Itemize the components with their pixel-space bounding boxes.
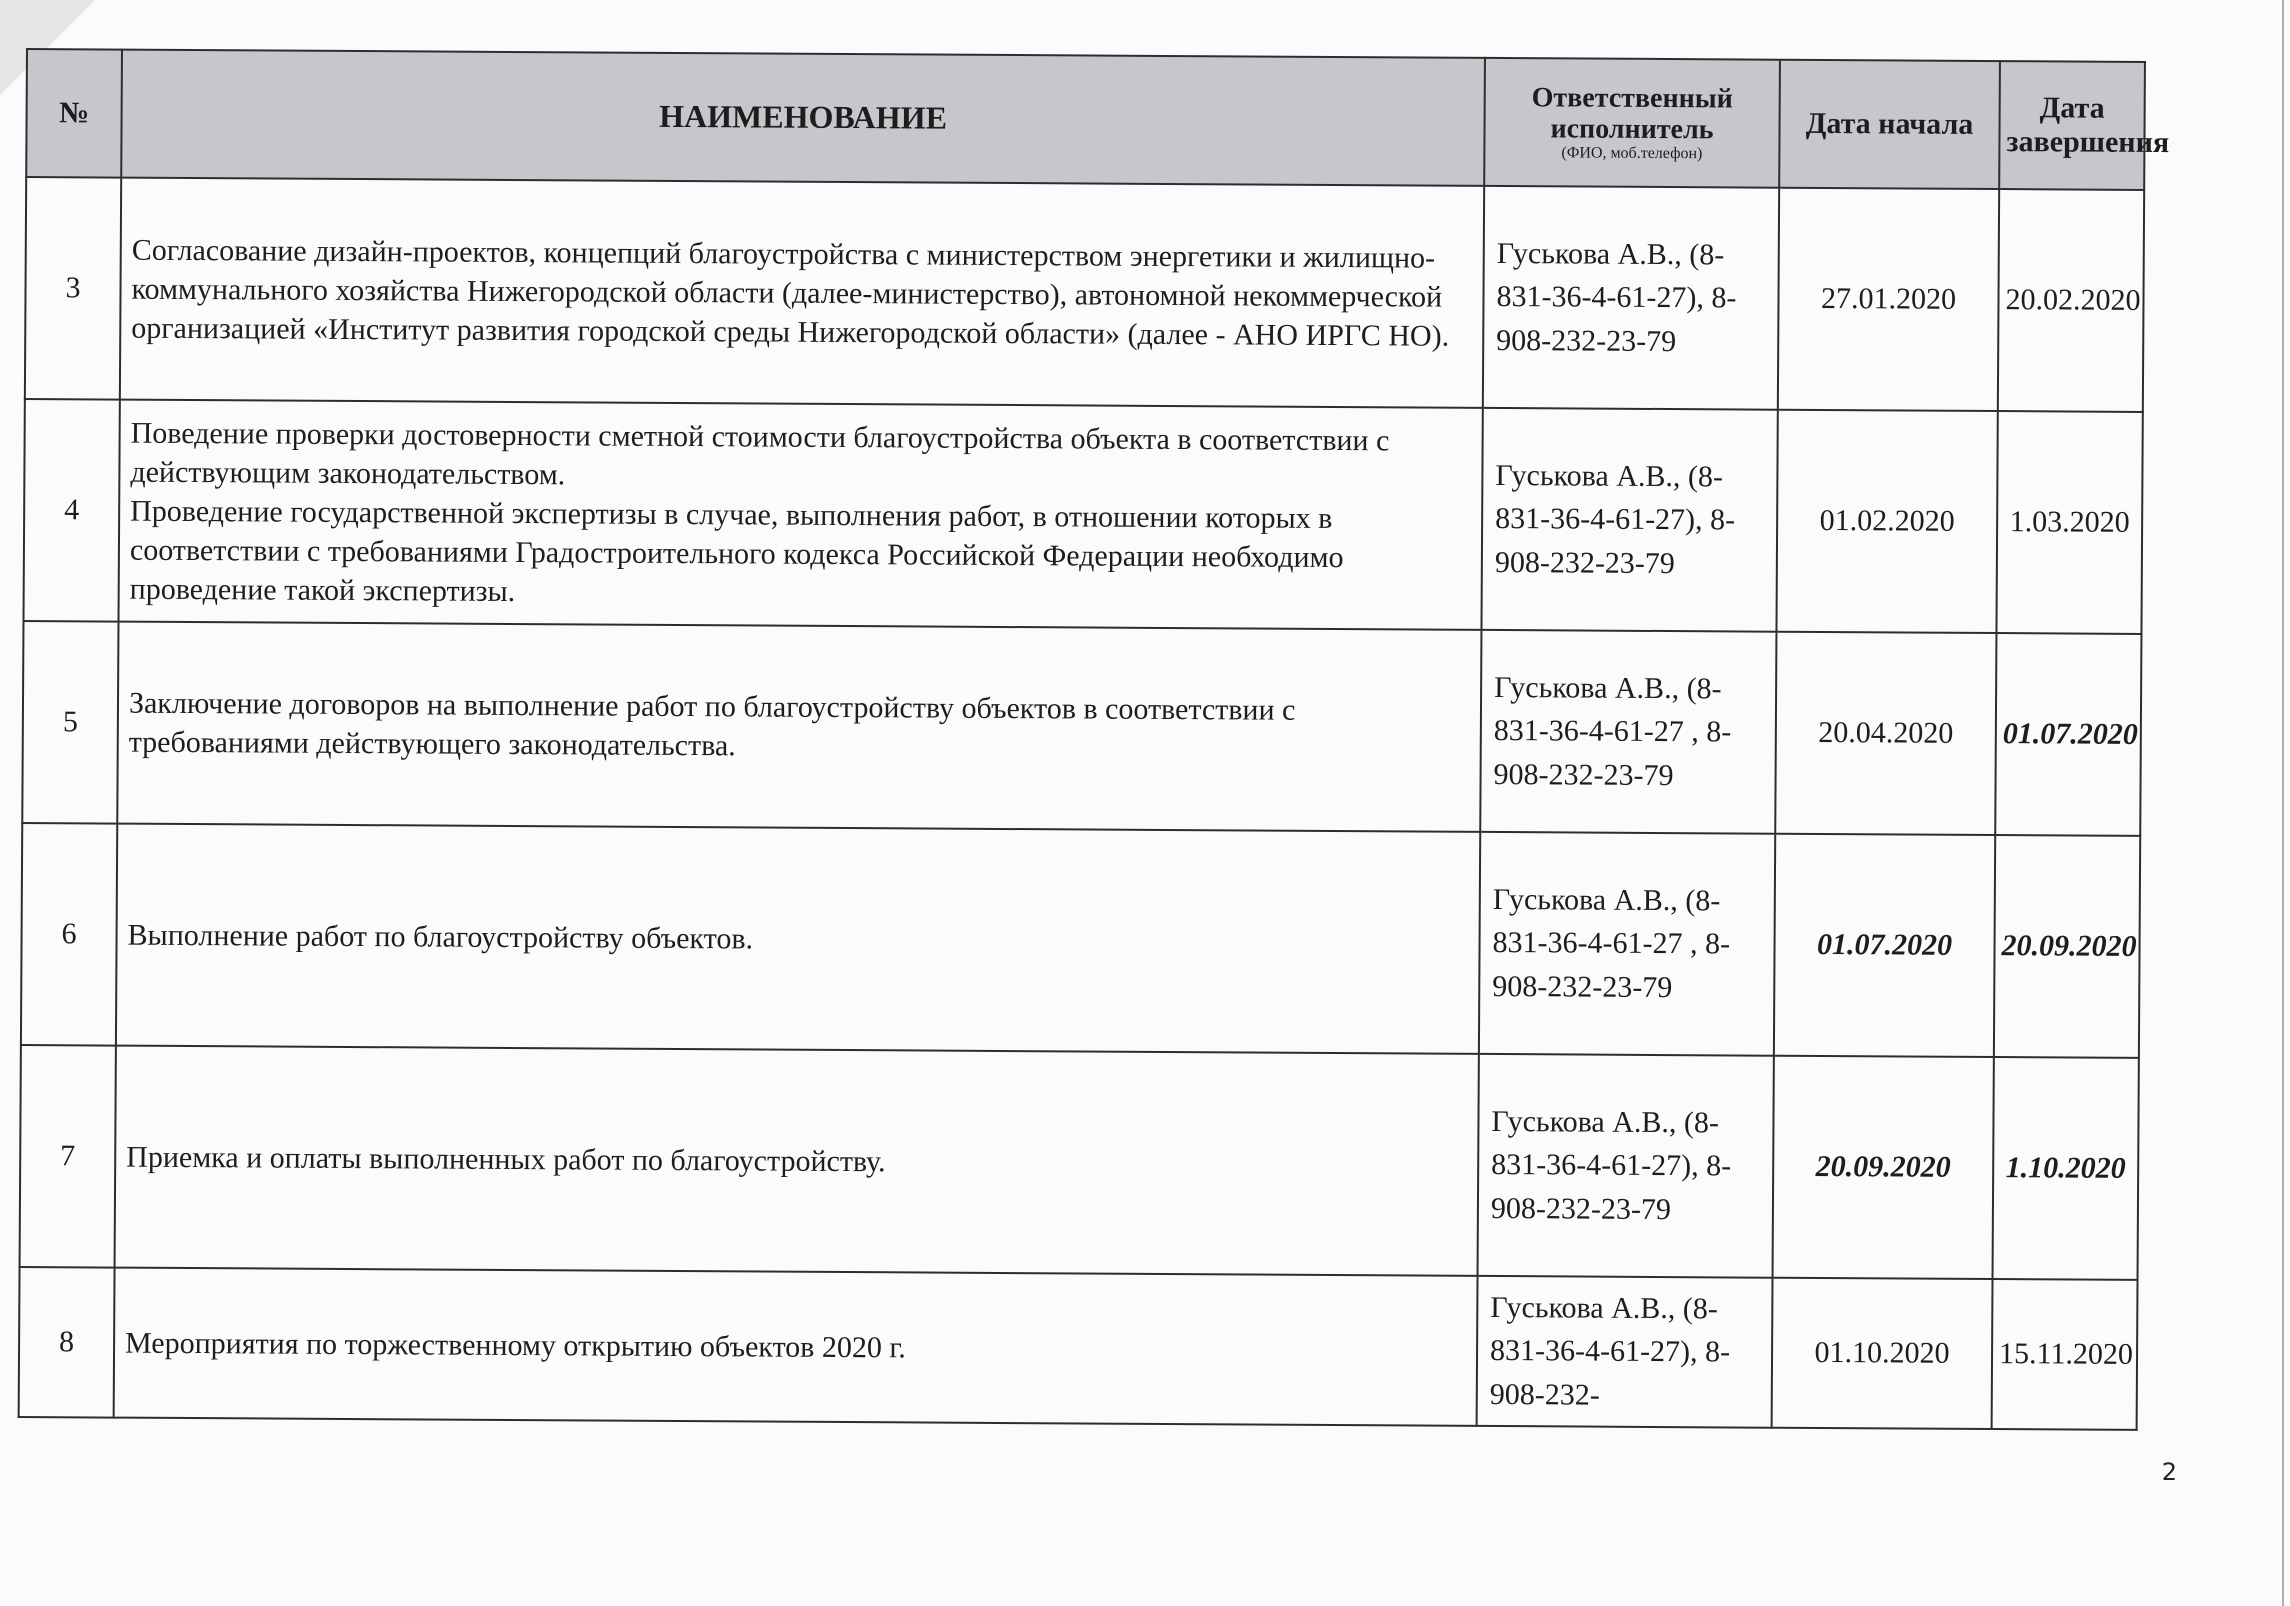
header-number: № [26,49,122,178]
row-responsible: Гуськова А.В., (8-831-36-4-61-27 , 8-908… [1479,832,1775,1056]
row-responsible: Гуськова А.В., (8-831-36-4-61-27), 8-908… [1483,186,1779,410]
row-task-name: Выполнение работ по благоустройству объе… [116,824,1480,1054]
row-number: 5 [22,621,118,824]
row-start-date: 01.10.2020 [1772,1278,1993,1429]
table-row: 3Согласование дизайн-проектов, концепций… [25,177,2144,412]
table-row: 7Приемка и оплаты выполненных работ по б… [20,1045,2139,1280]
row-start-date: 01.07.2020 [1774,834,1995,1057]
table-header-row: № НАИМЕНОВАНИЕ Ответственный исполнитель… [26,49,2145,190]
row-number: 7 [20,1045,116,1268]
work-schedule-table: № НАИМЕНОВАНИЕ Ответственный исполнитель… [18,48,2146,1431]
header-responsible-label: Ответственный исполнитель [1532,82,1733,145]
row-start-date: 20.09.2020 [1773,1056,1994,1279]
table-row: 4Поведение проверки достоверности сметно… [23,399,2142,634]
row-task-name: Мероприятия по торжественному открытию о… [114,1268,1478,1426]
row-task-name: Приемка и оплаты выполненных работ по бл… [115,1046,1479,1276]
header-start-date: Дата начала [1779,60,2000,189]
row-task-name: Заключение договоров на выполнение работ… [117,622,1481,832]
document-page: № НАИМЕНОВАНИЕ Ответственный исполнитель… [18,48,2144,1431]
table-row: 8Мероприятия по торжественному открытию … [19,1267,2138,1430]
row-responsible: Гуськова А.В., (8-831-36-4-61-27), 8-908… [1481,408,1777,632]
row-responsible: Гуськова А.В., (8-831-36-4-61-27 , 8-908… [1480,630,1776,834]
row-start-date: 01.02.2020 [1776,410,1997,633]
row-end-date: 01.07.2020 [1995,633,2141,836]
row-start-date: 20.04.2020 [1775,632,1996,835]
scan-edge [2282,0,2284,1606]
row-end-date: 20.09.2020 [1994,835,2140,1058]
row-responsible: Гуськова А.В., (8-831-36-4-61-27), 8-908… [1477,1276,1773,1428]
row-number: 6 [21,823,117,1046]
row-end-date: 15.11.2020 [1992,1279,2138,1430]
header-end-date: Дата завершения [1999,61,2145,190]
row-number: 4 [23,399,119,622]
header-responsible-sublabel: (ФИО, моб.телефон) [1491,144,1772,164]
page-number: 2 [2162,1458,2177,1486]
row-task-name: Согласование дизайн-проектов, концепций … [120,178,1484,408]
row-end-date: 1.03.2020 [1996,411,2142,634]
row-number: 3 [25,177,121,400]
row-number: 8 [19,1267,115,1418]
row-responsible: Гуськова А.В., (8-831-36-4-61-27), 8-908… [1478,1054,1774,1278]
row-end-date: 1.10.2020 [1993,1057,2139,1280]
table-row: 6Выполнение работ по благоустройству объ… [21,823,2140,1058]
table-row: 5Заключение договоров на выполнение рабо… [22,621,2141,836]
row-start-date: 27.01.2020 [1778,188,1999,411]
header-name: НАИМЕНОВАНИЕ [121,50,1485,186]
row-end-date: 20.02.2020 [1998,189,2144,412]
row-task-name: Поведение проверки достоверности сметной… [118,400,1482,630]
header-responsible: Ответственный исполнитель (ФИО, моб.теле… [1484,58,1780,188]
